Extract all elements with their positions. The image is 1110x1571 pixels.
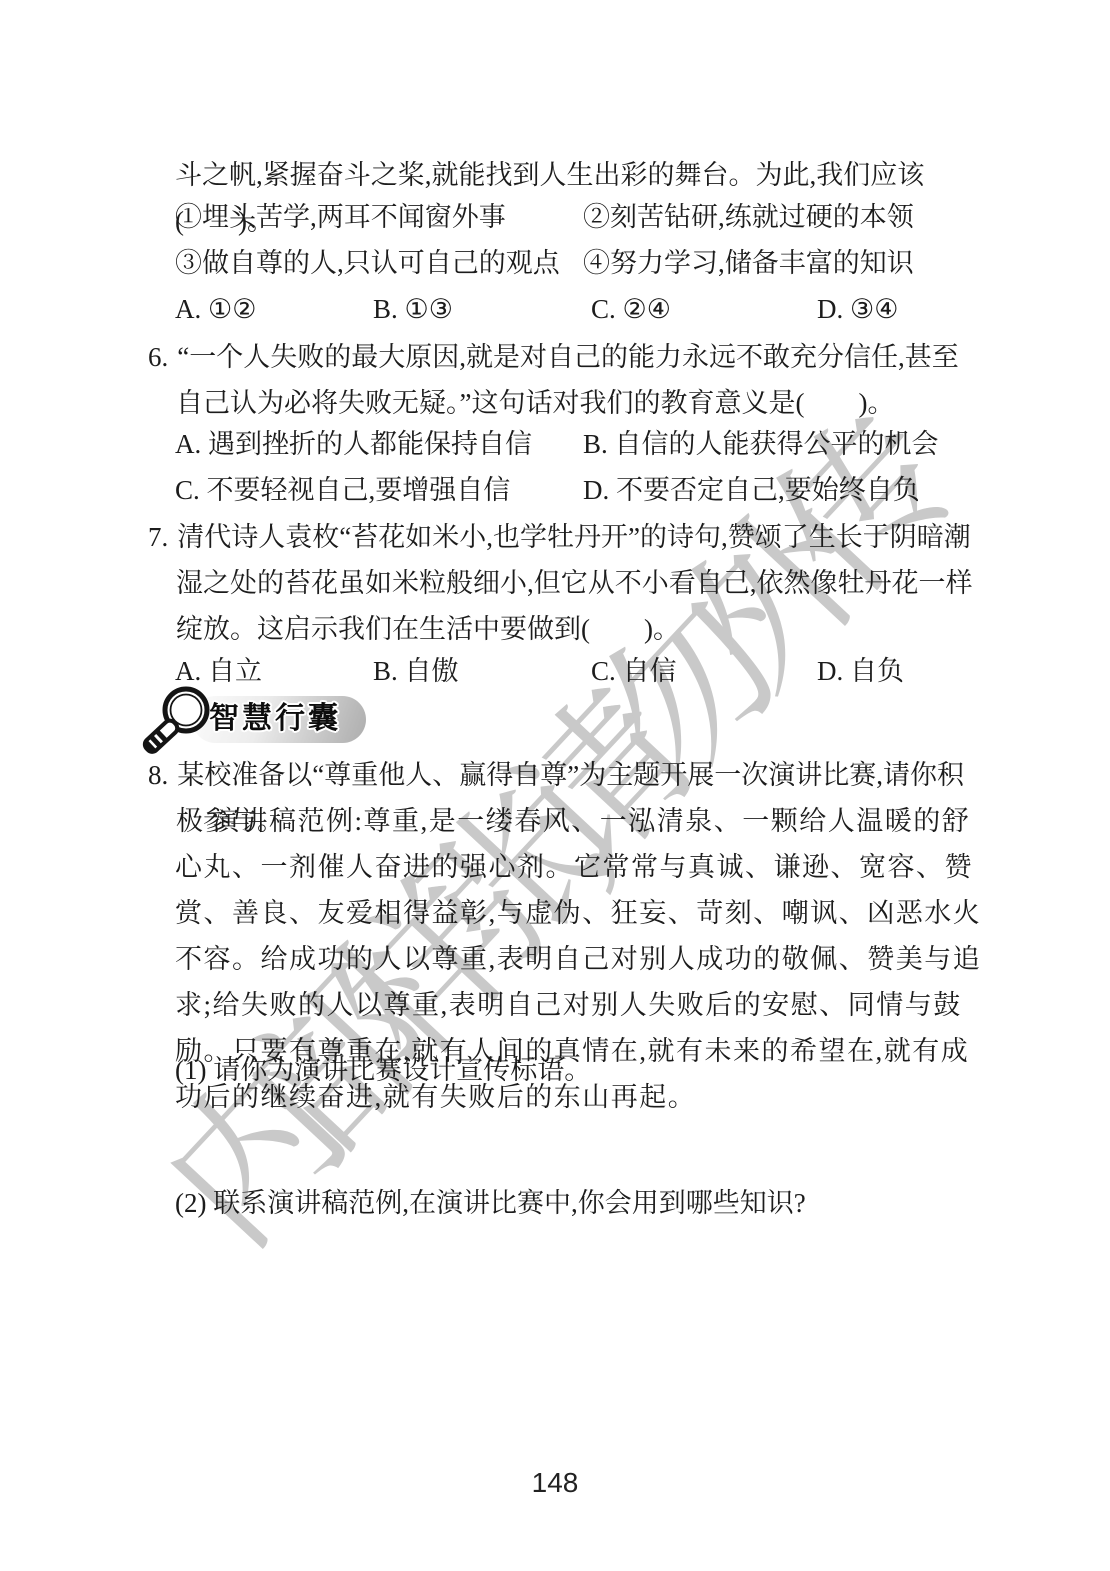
q5-item-4: ④努力学习,储备丰富的知识 (583, 240, 985, 286)
q7-option-d: D. 自负 (817, 648, 985, 694)
q6-options-row-1: A. 遇到挫折的人都能保持自信 B. 自信的人能获得公平的机会 (175, 421, 985, 467)
question-6-number: 6. (148, 342, 168, 372)
q5-item-3: ③做自尊的人,只认可自己的观点 (175, 240, 583, 286)
q5-option-c: C. ②④ (591, 286, 817, 332)
q8-subquestion-1: (1) 请你为演讲比赛设计宣传标语。 (175, 1047, 985, 1093)
workbook-page: 内部样张,请勿外传 斗之帆,紧握奋斗之桨,就能找到人生出彩的舞台。为此,我们应该… (0, 0, 1110, 1571)
page-number: 148 (0, 1466, 1110, 1500)
q5-option-a: A. ①② (175, 286, 373, 332)
q5-numbered-items-row-1: ①埋头苦学,两耳不闻窗外事 ②刻苦钻研,练就过硬的本领 (175, 194, 985, 240)
q5-option-b: B. ①③ (373, 286, 591, 332)
question-7: 7.清代诗人袁枚“苔花如米小,也学牡丹开”的诗句,赞颂了生长于阴暗潮湿之处的苔花… (148, 514, 985, 652)
question-6: 6.“一个人失败的最大原因,就是对自己的能力永远不敢充分信任,甚至自己认为必将失… (148, 334, 985, 426)
q6-option-b: B. 自信的人能获得公平的机会 (583, 421, 985, 467)
q8-subquestion-2: (2) 联系演讲稿范例,在演讲比赛中,你会用到哪些知识? (175, 1180, 985, 1226)
question-7-number: 7. (148, 522, 168, 552)
question-7-text: 清代诗人袁枚“苔花如米小,也学牡丹开”的诗句,赞颂了生长于阴暗潮湿之处的苔花虽如… (176, 522, 973, 644)
q5-numbered-items-row-2: ③做自尊的人,只认可自己的观点 ④努力学习,储备丰富的知识 (175, 240, 985, 286)
q6-option-a: A. 遇到挫折的人都能保持自信 (175, 421, 583, 467)
q5-item-2: ②刻苦钻研,练就过硬的本领 (583, 194, 985, 240)
page-content: 斗之帆,紧握奋斗之桨,就能找到人生出彩的舞台。为此,我们应该( )。 ①埋头苦学… (148, 0, 985, 1571)
q6-option-c: C. 不要轻视自己,要增强自信 (175, 467, 583, 513)
q7-option-c: C. 自信 (591, 648, 817, 694)
magnifier-icon (146, 682, 230, 762)
question-8-number: 8. (148, 760, 168, 790)
q5-item-1: ①埋头苦学,两耳不闻窗外事 (175, 194, 583, 240)
q5-options-row: A. ①② B. ①③ C. ②④ D. ③④ (175, 286, 985, 332)
q5-option-d: D. ③④ (817, 286, 985, 332)
q6-option-d: D. 不要否定自己,要始终自负 (583, 467, 985, 513)
q6-options-row-2: C. 不要轻视自己,要增强自信 D. 不要否定自己,要始终自负 (175, 467, 985, 513)
question-6-text: “一个人失败的最大原因,就是对自己的能力永远不敢充分信任,甚至自己认为必将失败无… (176, 342, 959, 418)
